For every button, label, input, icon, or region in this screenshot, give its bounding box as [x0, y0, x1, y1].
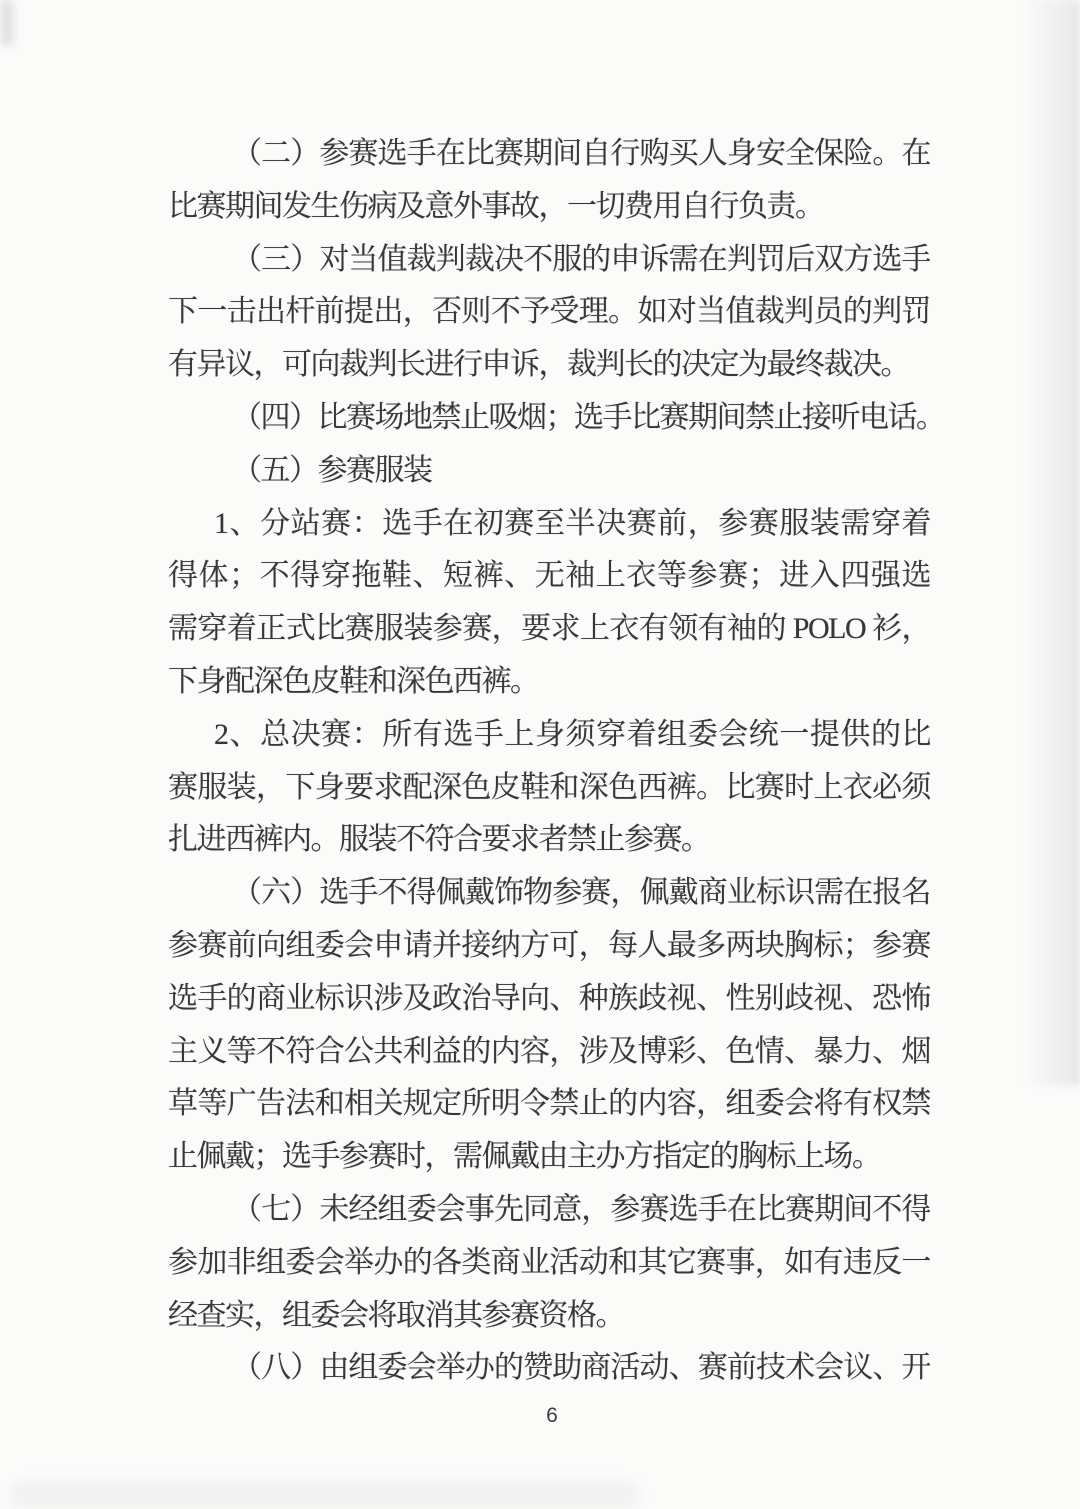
- text-line: 得体；不得穿拖鞋、短裤、无袖上衣等参赛；进入四强选手，: [168, 550, 930, 603]
- text-line: 选手的商业标识涉及政治导向、种族歧视、性别歧视、恐怖: [168, 973, 930, 1026]
- text-line: 扎进西裤内。服装不符合要求者禁止参赛。: [168, 814, 930, 867]
- text-line: （三）对当值裁判裁决不服的申诉需在判罚后双方选手: [168, 234, 930, 287]
- text-line: 下一击出杆前提出，否则不予受理。如对当值裁判员的判罚: [168, 286, 930, 339]
- text-line: （七）未经组委会事先同意，参赛选手在比赛期间不得: [168, 1184, 930, 1237]
- text-line: 2、总决赛：所有选手上身须穿着组委会统一提供的比: [168, 709, 930, 762]
- text-line: 草等广告法和相关规定所明令禁止的内容，组委会将有权禁: [168, 1078, 930, 1131]
- scan-smudge-bottom: [10, 1481, 640, 1507]
- text-line: 1、分站赛：选手在初赛至半决赛前，参赛服装需穿着: [168, 498, 930, 551]
- text-line: 止佩戴；选手参赛时，需佩戴由主办方指定的胸标上场。: [168, 1131, 930, 1184]
- scan-shadow-right: [1022, 0, 1080, 1086]
- text-line: （四）比赛场地禁止吸烟；选手比赛期间禁止接听电话。: [168, 392, 930, 445]
- text-block: （二）参赛选手在比赛期间自行购买人身安全保险。在比赛期间发生伤病及意外事故，一切…: [168, 128, 930, 1395]
- text-line: （五）参赛服装: [168, 445, 930, 498]
- text-line: 参赛前向组委会申请并接纳方可，每人最多两块胸标；参赛: [168, 920, 930, 973]
- text-line: 下身配深色皮鞋和深色西裤。: [168, 656, 930, 709]
- page-footer: 6: [0, 1404, 1080, 1428]
- text-line: 比赛期间发生伤病及意外事故，一切费用自行负责。: [168, 181, 930, 234]
- text-line: 需穿着正式比赛服装参赛，要求上衣有领有袖的 POLO 衫，: [168, 603, 930, 656]
- text-line: 赛服装，下身要求配深色皮鞋和深色西裤。比赛时上衣必须: [168, 762, 930, 815]
- text-line: （二）参赛选手在比赛期间自行购买人身安全保险。在: [168, 128, 930, 181]
- scanned-document-page: （二）参赛选手在比赛期间自行购买人身安全保险。在比赛期间发生伤病及意外事故，一切…: [0, 0, 1080, 1509]
- text-line: （八）由组委会举办的赞助商活动、赛前技术会议、开: [168, 1342, 930, 1395]
- page-number: 6: [546, 1404, 558, 1428]
- text-line: 经查实，组委会将取消其参赛资格。: [168, 1290, 930, 1343]
- text-line: 主义等不符合公共利益的内容，涉及博彩、色情、暴力、烟: [168, 1026, 930, 1079]
- scan-shadow-topleft: [0, 0, 14, 46]
- text-line: 参加非组委会举办的各类商业活动和其它赛事，如有违反一: [168, 1237, 930, 1290]
- text-line: 有异议，可向裁判长进行申诉，裁判长的决定为最终裁决。: [168, 339, 930, 392]
- text-line: （六）选手不得佩戴饰物参赛，佩戴商业标识需在报名: [168, 867, 930, 920]
